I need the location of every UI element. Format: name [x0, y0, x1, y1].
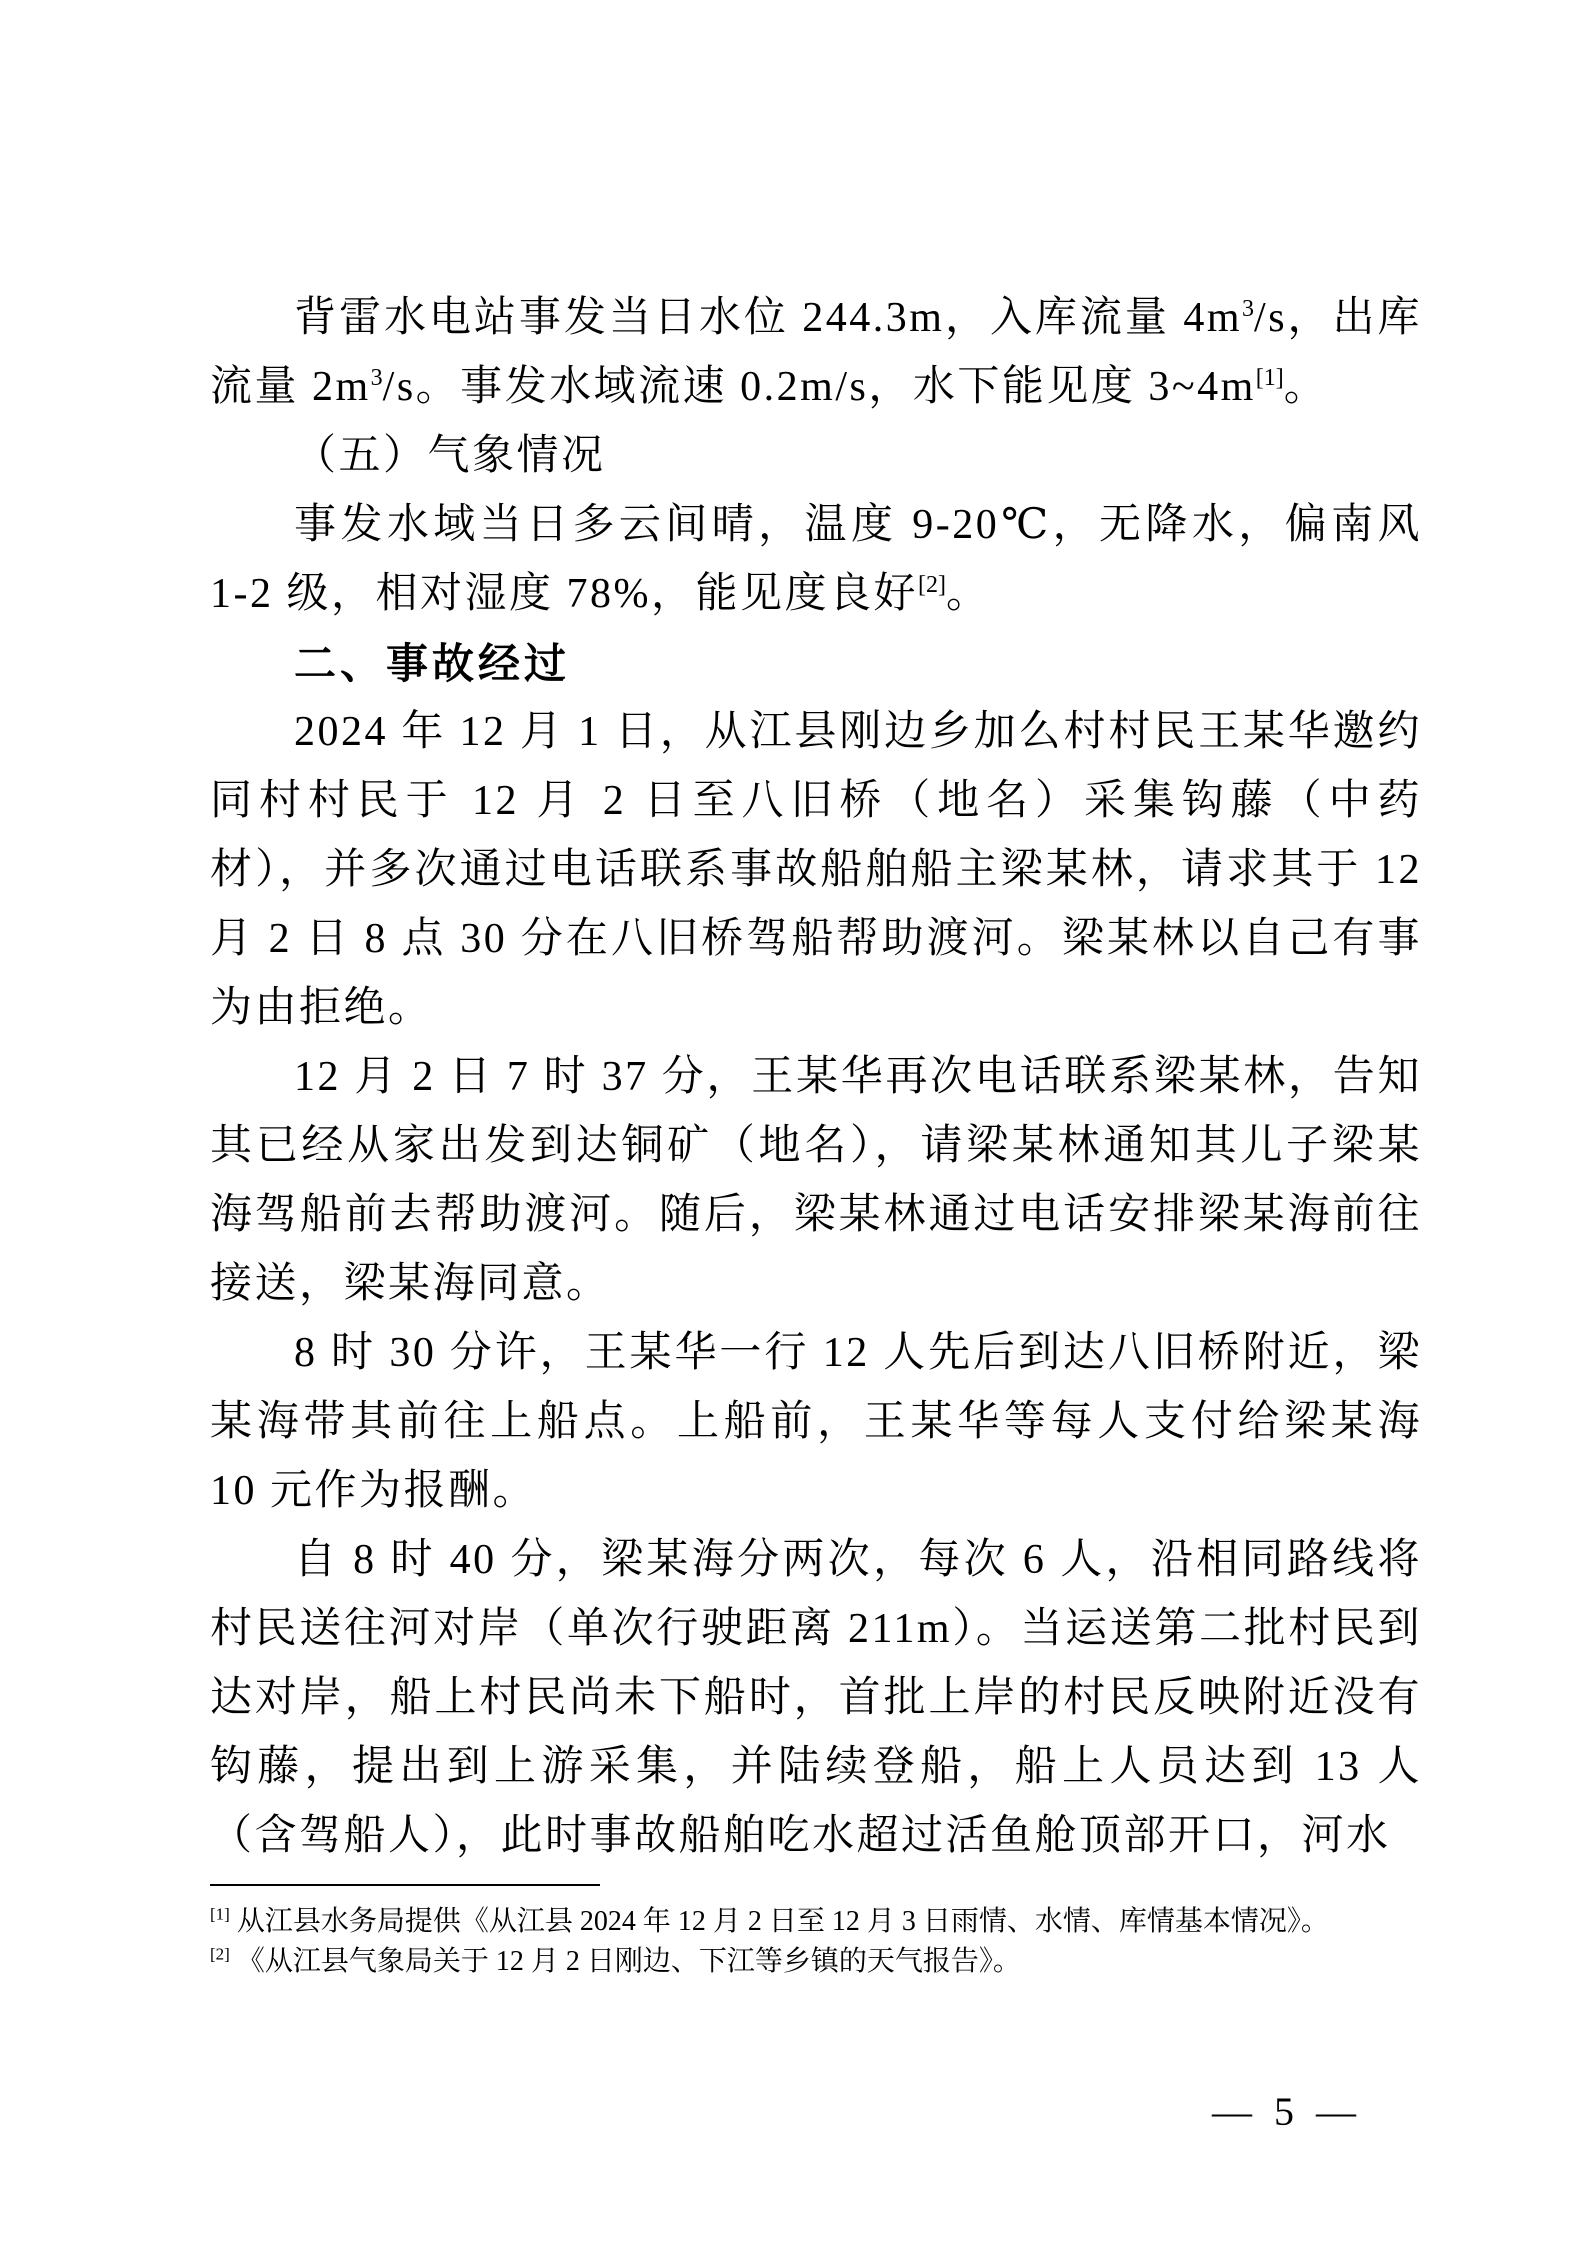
footnote-marker: [1] — [210, 1905, 230, 1924]
text-run: 自 8 时 40 分，梁某海分两次，每次 6 人，沿相同路线将村民送往河对岸（单… — [210, 1537, 1422, 1859]
footnote-text: 从江县水务局提供《从江县 2024 年 12 月 2 日至 12 月 3 日雨情… — [230, 1906, 1329, 1937]
text-run: 。 — [946, 571, 991, 617]
text-run: /s。事发水域流速 0.2m/s，水下能见度 3~4m — [383, 364, 1256, 410]
footnote-text: 《从江县气象局关于 12 月 2 日刚边、下江等乡镇的天气报告》。 — [230, 1946, 1021, 1977]
section-heading: 二、事故经过 — [210, 629, 1422, 698]
footnote-ref: 3 — [1242, 296, 1254, 322]
footnote-marker: [2] — [210, 1945, 230, 1964]
text-run: 事发水域当日多云间晴，温度 9-20℃，无降水，偏南风 1-2 级，相对湿度 7… — [210, 502, 1422, 617]
body-paragraph: 自 8 时 40 分，梁某海分两次，每次 6 人，沿相同路线将村民送往河对岸（单… — [210, 1526, 1422, 1871]
text-run: 8 时 30 分许，王某华一行 12 人先后到达八旧桥附近，梁某海带其前往上船点… — [210, 1330, 1422, 1514]
text-run: 。 — [1284, 364, 1329, 410]
page-number: — 5 — — [1212, 2088, 1362, 2135]
body-paragraph: 12 月 2 日 7 时 37 分，王某华再次电话联系梁某林，告知其已经从家出发… — [210, 1043, 1422, 1319]
text-run: 二、事故经过 — [294, 640, 570, 687]
text-run: （五）气象情况 — [294, 433, 606, 479]
body-paragraph: 8 时 30 分许，王某华一行 12 人先后到达八旧桥附近，梁某海带其前往上船点… — [210, 1319, 1422, 1526]
text-run: 12 月 2 日 7 时 37 分，王某华再次电话联系梁某林，告知其已经从家出发… — [210, 1054, 1422, 1307]
subsection-heading: （五）气象情况 — [210, 422, 1422, 491]
body-paragraph: 2024 年 12 月 1 日，从江县刚边乡加么村村民王某华邀约同村村民于 12… — [210, 698, 1422, 1043]
footnote-ref: [1] — [1256, 365, 1284, 391]
footnote-area: [1] 从江县水务局提供《从江县 2024 年 12 月 2 日至 12 月 3… — [210, 1884, 1422, 1982]
footnote-separator — [210, 1884, 600, 1886]
body-paragraph: 事发水域当日多云间晴，温度 9-20℃，无降水，偏南风 1-2 级，相对湿度 7… — [210, 491, 1422, 629]
text-run: 背雷水电站事发当日水位 244.3m，入库流量 4m — [294, 295, 1242, 341]
document-page: 背雷水电站事发当日水位 244.3m，入库流量 4m3/s，出库流量 2m3/s… — [0, 0, 1587, 2245]
footnote: [1] 从江县水务局提供《从江县 2024 年 12 月 2 日至 12 月 3… — [210, 1902, 1422, 1942]
footnote-ref: [2] — [918, 572, 946, 598]
footnote-ref: 3 — [371, 365, 383, 391]
document-body: 背雷水电站事发当日水位 244.3m，入库流量 4m3/s，出库流量 2m3/s… — [210, 284, 1422, 1871]
footnote: [2] 《从江县气象局关于 12 月 2 日刚边、下江等乡镇的天气报告》。 — [210, 1942, 1422, 1982]
footnote-list: [1] 从江县水务局提供《从江县 2024 年 12 月 2 日至 12 月 3… — [210, 1902, 1422, 1982]
text-run: 2024 年 12 月 1 日，从江县刚边乡加么村村民王某华邀约同村村民于 12… — [210, 709, 1422, 1031]
body-paragraph: 背雷水电站事发当日水位 244.3m，入库流量 4m3/s，出库流量 2m3/s… — [210, 284, 1422, 422]
